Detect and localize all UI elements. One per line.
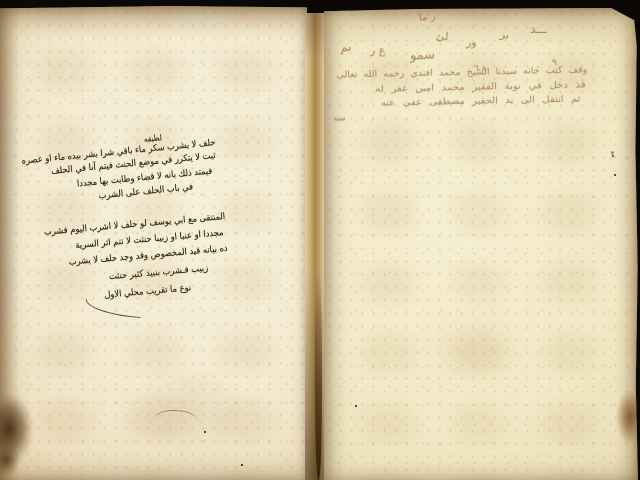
handwritten-line: زبيب فـشرب بنبيذ كثير حنثت: [108, 264, 208, 283]
faded-line: ثم انتقل الى يد الحقير مصطفى عفي عنه: [381, 94, 581, 108]
faded-mark: ـــد: [530, 22, 547, 36]
stain: [0, 444, 20, 476]
faded-inscription-block: وقف كتب خانه سيدنا الشيخ محمد افندي رحمه…: [329, 65, 588, 130]
faded-mark: ىم: [339, 39, 352, 54]
stain: [404, 298, 544, 398]
faded-line: قد دخل في نوبة الفقير محمد امين غفر له: [375, 80, 586, 94]
ink-dot: [204, 431, 206, 433]
ink-dot: [355, 405, 357, 407]
stain: [0, 392, 34, 466]
underline-flourish: [85, 299, 142, 318]
handwritten-line: نوع ما تقريب محلي الاول: [105, 283, 193, 301]
faded-mark: ور: [466, 36, 477, 49]
faded-mark: ع ر: [370, 44, 385, 57]
right-page: ر ما لئ ىم ع ر سمو ور ىر ـــد ء ٦ ٩ وقف …: [324, 8, 638, 480]
handwritten-block-lower: المنتقى مع ابي يوسف لو حلف لا اشرب اليوم…: [36, 212, 234, 332]
left-page: لطيفه حلف لا يشرب سكر ماء باقي شرا بشر ب…: [0, 6, 307, 480]
faded-mark: ر ما: [418, 11, 435, 24]
gutter-crease-shadow: [315, 270, 322, 480]
stain: [616, 390, 638, 444]
faded-line: وقف كتب خانه سيدنا الشيخ محمد افندي رحمه…: [337, 65, 588, 80]
hair-fiber: [151, 408, 198, 428]
edge-scribble: مد: [609, 150, 618, 159]
manuscript-photo: لطيفه حلف لا يشرب سكر ماء باقي شرا بشر ب…: [0, 0, 640, 480]
faded-line: سنه: [333, 113, 346, 123]
ink-dot: [241, 464, 243, 466]
faded-mark: لئ: [436, 30, 449, 44]
ink-dot: [614, 174, 616, 176]
faded-mark: سمو: [410, 47, 436, 63]
faded-mark: ىر: [499, 28, 509, 42]
